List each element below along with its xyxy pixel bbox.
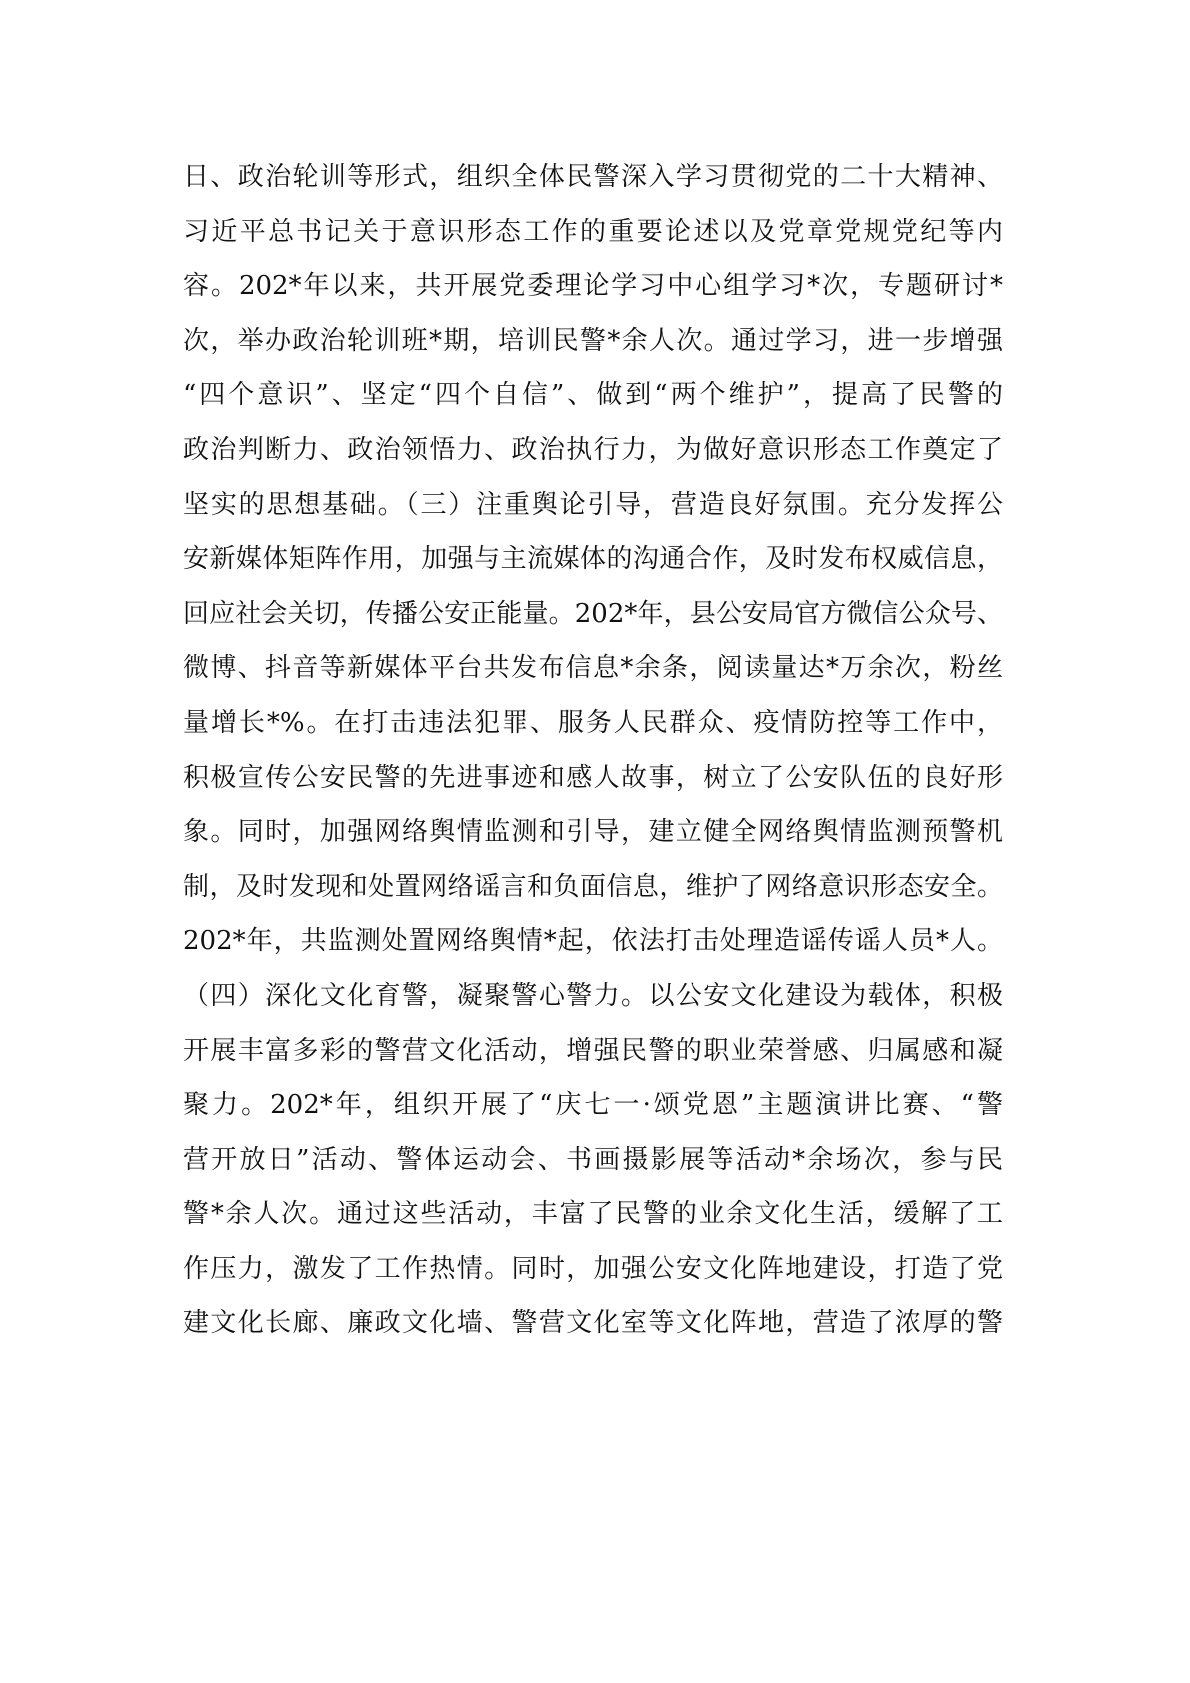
text-line: 象。同时，加强网络舆情监测和引导，建立健全网络舆情监测预警机 [183,805,1003,860]
text-line: 政治判断力、政治领悟力、政治执行力，为做好意识形态工作奠定了 [183,423,1003,478]
text-line: 微博、抖音等新媒体平台共发布信息*余条，阅读量达*万余次，粉丝 [183,641,1003,696]
text-line: 聚力。202*年，组织开展了“庆七一·颂党恩”主题演讲比赛、“警 [183,1078,1003,1133]
text-line: 开展丰富多彩的警营文化活动，增强民警的职业荣誉感、归属感和凝 [183,1024,1003,1079]
text-line: 日、政治轮训等形式，组织全体民警深入学习贯彻党的二十大精神、 [183,150,1003,205]
text-line: 回应社会关切，传播公安正能量。202*年，县公安局官方微信公众号、 [183,587,1003,642]
text-line: 202*年，共监测处置网络舆情*起，依法打击处理造谣传谣人员*人。 [183,914,1003,969]
text-line: 次，举办政治轮训班*期，培训民警*余人次。通过学习，进一步增强 [183,314,1003,369]
text-line: 作压力，激发了工作热情。同时，加强公安文化阵地建设，打造了党 [183,1242,1003,1297]
text-line: 量增长*%。在打击违法犯罪、服务人民群众、疫情防控等工作中， [183,696,1003,751]
text-line: （四）深化文化育警，凝聚警心警力。以公安文化建设为载体，积极 [183,969,1003,1024]
text-line: 习近平总书记关于意识形态工作的重要论述以及党章党规党纪等内 [183,205,1003,260]
text-line: 营开放日”活动、警体运动会、书画摄影展等活动*余场次，参与民 [183,1133,1003,1188]
text-line: 建文化长廊、廉政文化墙、警营文化室等文化阵地，营造了浓厚的警 [183,1296,1003,1351]
body-paragraph: 日、政治轮训等形式，组织全体民警深入学习贯彻党的二十大精神、 习近平总书记关于意… [183,150,1003,1351]
text-line: 制，及时发现和处置网络谣言和负面信息，维护了网络意识形态安全。 [183,860,1003,915]
text-line: 坚实的思想基础。（三）注重舆论引导，营造良好氛围。充分发挥公 [183,478,1003,533]
text-line: 积极宣传公安民警的先进事迹和感人故事，树立了公安队伍的良好形 [183,751,1003,806]
text-line: 警*余人次。通过这些活动，丰富了民警的业余文化生活，缓解了工 [183,1187,1003,1242]
text-line: 安新媒体矩阵作用，加强与主流媒体的沟通合作，及时发布权威信息， [183,532,1003,587]
document-page: 日、政治轮训等形式，组织全体民警深入学习贯彻党的二十大精神、 习近平总书记关于意… [0,0,1190,1683]
text-line: “四个意识”、坚定“四个自信”、做到“两个维护”，提高了民警的 [183,368,1003,423]
text-line: 容。202*年以来，共开展党委理论学习中心组学习*次，专题研讨* [183,259,1003,314]
